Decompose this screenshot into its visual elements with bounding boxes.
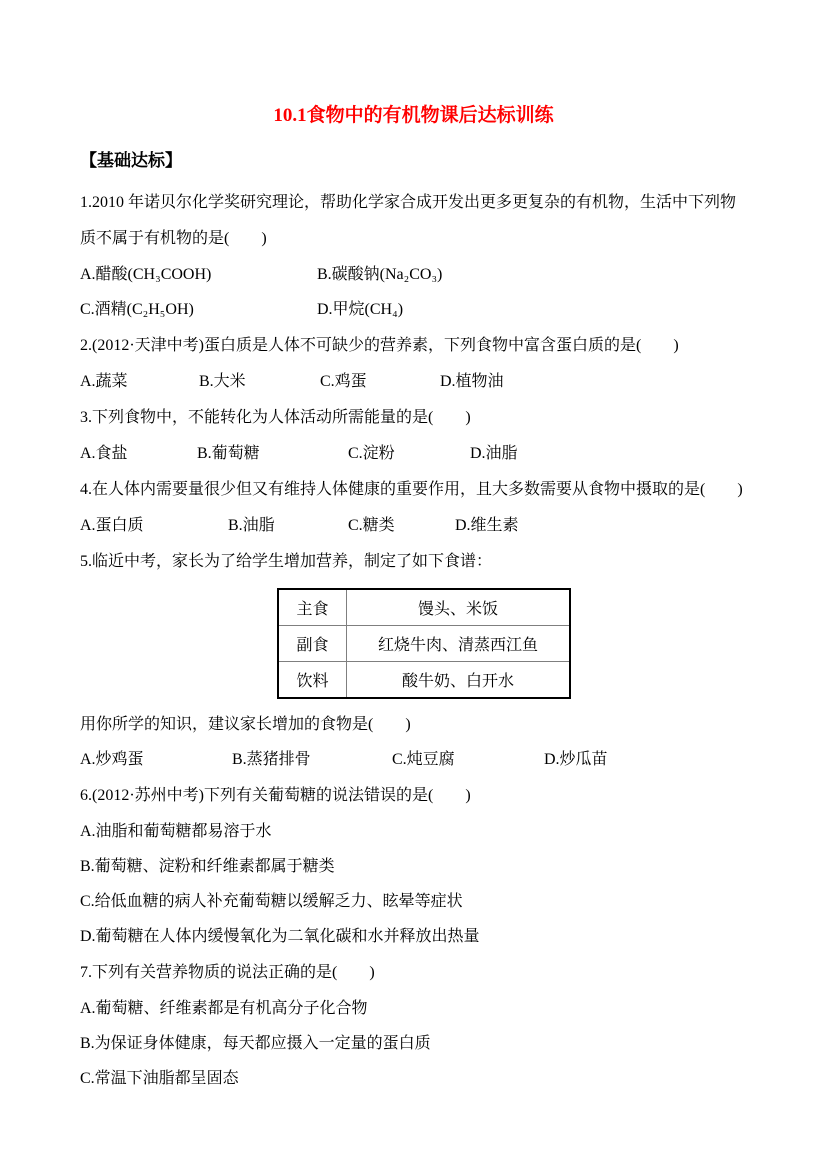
q2-option-a: A.蔬菜 [80,364,195,399]
question-1-stem: 1.2010 年诺贝尔化学奖研究理论，帮助化学家合成开发出更多更复杂的有机物，生… [80,185,747,257]
worksheet-page: 10.1食物中的有机物课后达标训练 【基础达标】 1.2010 年诺贝尔化学奖研… [0,0,827,1170]
q3-option-d: D.油脂 [470,436,518,471]
q2-option-b: B.大米 [199,364,316,399]
menu-table: 主食 馒头、米饭 副食 红烧牛肉、清蒸西江鱼 饮料 酸牛奶、白开水 [277,588,571,699]
menu-category: 副食 [278,626,347,662]
q3-option-a: A.食盐 [80,436,193,471]
question-5-options-row: A.炒鸡蛋 B.蒸猪排骨 C.炖豆腐 D.炒瓜苗 [80,742,747,777]
question-2-options-row: A.蔬菜 B.大米 C.鸡蛋 D.植物油 [80,364,747,399]
question-5-follow-up: 用你所学的知识，建议家长增加的食物是( ) [80,707,747,742]
menu-table-row-staple: 主食 馒头、米饭 [278,589,570,626]
question-1-options-row-1: A.醋酸(CH₃COOH) B.碳酸钠(Na₂CO₃) [80,257,747,292]
q7-option-c: C.常温下油脂都呈固态 [80,1061,747,1096]
q5-option-a: A.炒鸡蛋 [80,742,228,777]
menu-category: 饮料 [278,662,347,699]
q2-option-c: C.鸡蛋 [320,364,436,399]
question-2-stem: 2.(2012·天津中考)蛋白质是人体不可缺少的营养素，下列食物中富含蛋白质的是… [80,328,747,364]
page-title: 10.1食物中的有机物课后达标训练 [80,102,747,130]
question-4-stem: 4.在人体内需要量很少但又有维持人体健康的重要作用，且大多数需要从食物中摄取的是… [80,472,747,508]
q1-option-b: B.碳酸钠(Na₂CO₃) [317,257,442,292]
q5-option-c: C.炖豆腐 [392,742,540,777]
q4-option-a: A.蛋白质 [80,508,224,543]
menu-category: 主食 [278,589,347,626]
q4-option-b: B.油脂 [228,508,344,543]
question-4-options-row: A.蛋白质 B.油脂 C.糖类 D.维生素 [80,508,747,543]
question-7-stem: 7.下列有关营养物质的说法正确的是( ) [80,955,747,991]
menu-table-row-drink: 饮料 酸牛奶、白开水 [278,662,570,699]
section-header-basic: 【基础达标】 [80,150,747,172]
q6-option-b: B.葡萄糖、淀粉和纤维素都属于糖类 [80,849,747,884]
question-1-options-row-2: C.酒精(C₂H₅OH) D.甲烷(CH₄) [80,292,747,327]
menu-items: 馒头、米饭 [347,589,571,626]
question-6-stem: 6.(2012·苏州中考)下列有关葡萄糖的说法错误的是( ) [80,778,747,814]
question-3-stem: 3.下列食物中，不能转化为人体活动所需能量的是( ) [80,400,747,436]
menu-table-row-side: 副食 红烧牛肉、清蒸西江鱼 [278,626,570,662]
q5-option-d: D.炒瓜苗 [544,742,608,777]
q1-option-c: C.酒精(C₂H₅OH) [80,292,313,327]
q5-option-b: B.蒸猪排骨 [232,742,388,777]
q1-option-a: A.醋酸(CH₃COOH) [80,257,313,292]
q3-option-c: C.淀粉 [348,436,466,471]
q4-option-c: C.糖类 [348,508,451,543]
q1-option-d: D.甲烷(CH₄) [317,292,403,327]
q6-option-a: A.油脂和葡萄糖都易溶于水 [80,814,747,849]
q2-option-d: D.植物油 [440,364,504,399]
q7-option-a: A.葡萄糖、纤维素都是有机高分子化合物 [80,991,747,1026]
q7-option-b: B.为保证身体健康，每天都应摄入一定量的蛋白质 [80,1026,747,1061]
q4-option-d: D.维生素 [455,508,519,543]
q3-option-b: B.葡萄糖 [197,436,344,471]
menu-items: 酸牛奶、白开水 [347,662,571,699]
q6-option-c: C.给低血糖的病人补充葡萄糖以缓解乏力、眩晕等症状 [80,884,747,919]
q6-option-d: D.葡萄糖在人体内缓慢氧化为二氧化碳和水并释放出热量 [80,919,747,954]
question-3-options-row: A.食盐 B.葡萄糖 C.淀粉 D.油脂 [80,436,747,471]
menu-items: 红烧牛肉、清蒸西江鱼 [347,626,571,662]
question-5-stem: 5.临近中考，家长为了给学生增加营养，制定了如下食谱： [80,544,747,580]
